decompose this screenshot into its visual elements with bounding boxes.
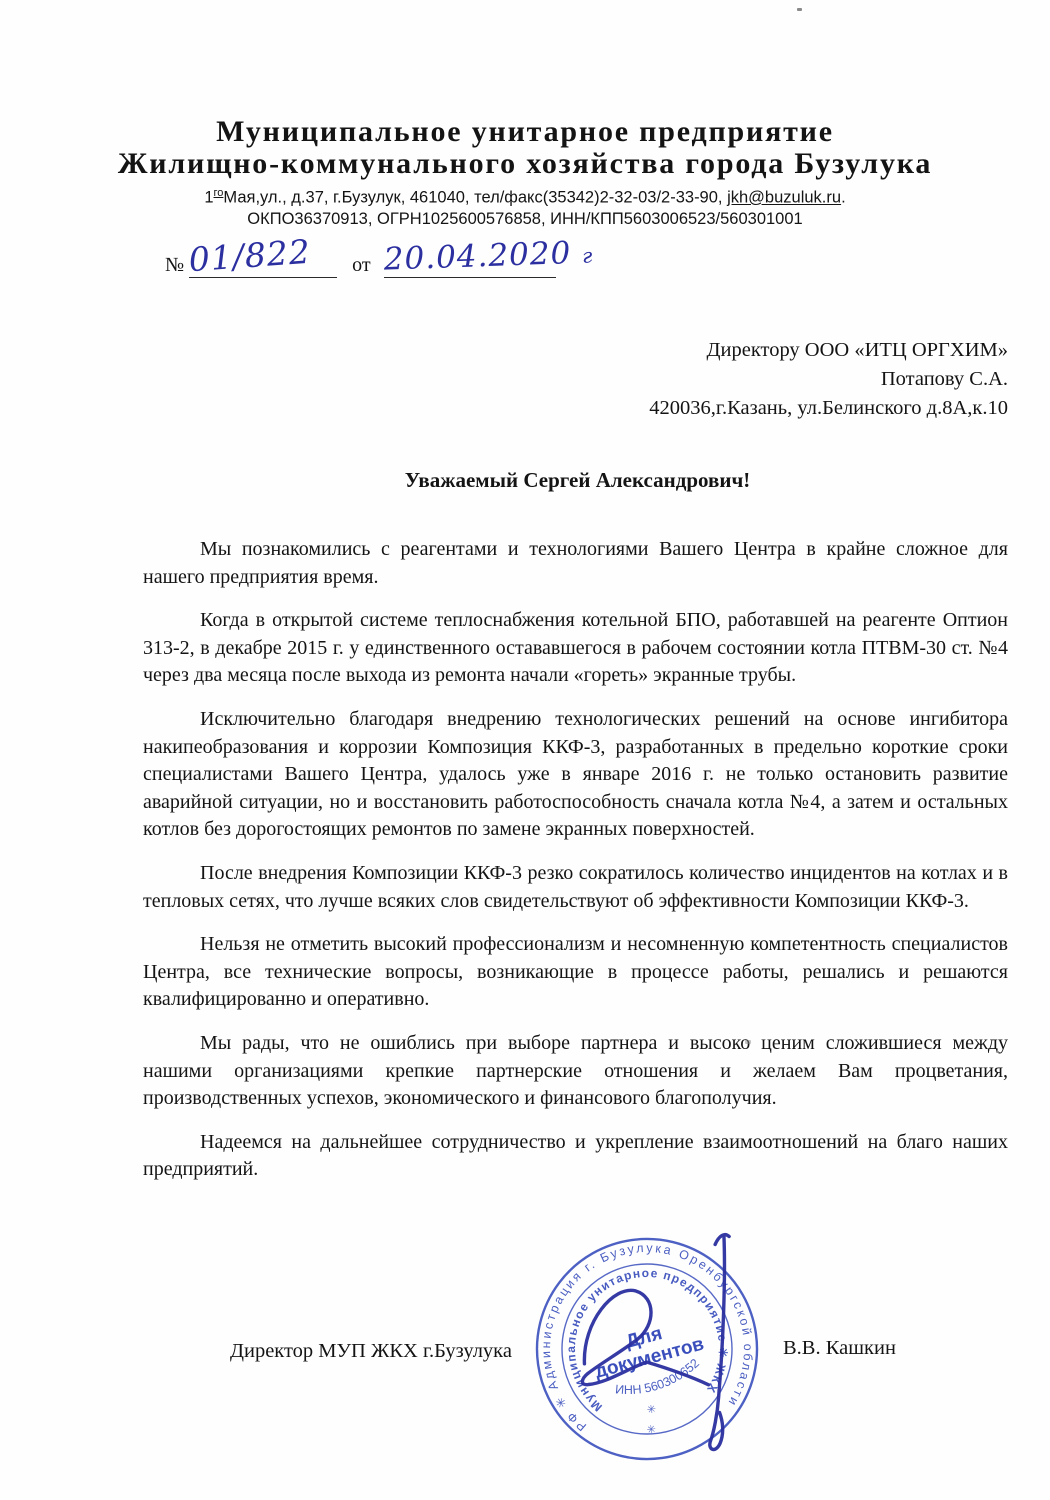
official-stamp: РФ ✳ Администрация г. Бузулука Оренбургс…: [516, 1218, 778, 1480]
paragraph: Мы рады, что не ошиблись при выборе парт…: [143, 1030, 1008, 1113]
handwritten-ref-number: 01/822: [188, 242, 311, 270]
ref-line: № 01/822 от 20.04.2020 г: [165, 250, 556, 278]
recipient-block: Директору ООО «ИТЦ ОРГХИМ» Потапову С.А.…: [649, 336, 1008, 423]
signer-name: В.В. Кашкин: [783, 1337, 896, 1360]
recipient-title: Директору ООО «ИТЦ ОРГХИМ»: [649, 336, 1008, 365]
letterhead: Муниципальное унитарное предприятие Жили…: [0, 116, 1050, 230]
recipient-name: Потапову С.А.: [649, 365, 1008, 394]
scanned-letter-page: Муниципальное унитарное предприятие Жили…: [0, 0, 1050, 1500]
org-name-line1: Муниципальное унитарное предприятие: [0, 116, 1050, 148]
handwritten-ref-date: 20.04.2020 г: [383, 242, 593, 272]
scan-speck: [797, 8, 802, 11]
paragraph: После внедрения Композиции ККФ-3 резко с…: [143, 860, 1008, 915]
org-address-line: 1гоМая,ул., д.37, г.Бузулук, 461040, тел…: [0, 183, 1050, 209]
scan-speck: [745, 1040, 751, 1044]
address-text: Мая,ул., д.37, г.Бузулук, 461040, тел/фа…: [223, 189, 727, 207]
ref-date-field: 20.04.2020 г: [384, 251, 556, 278]
stamp-star-icon: ✳: [646, 1403, 657, 1416]
salutation: Уважаемый Сергей Александрович!: [0, 468, 1050, 493]
recipient-address: 420036,г.Казань, ул.Белинского д.8А,к.10: [649, 394, 1008, 423]
ref-number-label: №: [165, 254, 184, 276]
org-name-line2: Жилищно-коммунального хозяйства города Б…: [0, 148, 1050, 180]
paragraph: Когда в открытой системе теплоснабжения …: [143, 607, 1008, 690]
address-tail: .: [841, 189, 846, 207]
paragraph: Нельзя не отметить высокий профессионали…: [143, 931, 1008, 1014]
paragraph: Исключительно благодаря внедрению технол…: [143, 706, 1008, 844]
ref-date-label: от: [352, 254, 370, 276]
signer-position: Директор МУП ЖКХ г.Бузулука: [230, 1340, 512, 1363]
org-registration-codes: ОКПО36370913, ОГРН1025600576858, ИНН/КПП…: [0, 209, 1050, 230]
paragraph: Мы познакомились с реагентами и технолог…: [143, 536, 1008, 591]
ref-number-field: 01/822: [189, 250, 337, 278]
org-email: jkh@buzuluk.ru: [727, 189, 841, 207]
address-superscript: го: [214, 187, 224, 199]
stamp-star-icon: ✳: [646, 1424, 657, 1437]
letter-body: Мы познакомились с реагентами и технолог…: [143, 536, 1008, 1200]
paragraph: Надеемся на дальнейшее сотрудничество и …: [143, 1129, 1008, 1184]
stamp-inn-text: ИНН 5603006523: [499, 1214, 706, 1424]
address-prefix: 1: [204, 189, 213, 207]
